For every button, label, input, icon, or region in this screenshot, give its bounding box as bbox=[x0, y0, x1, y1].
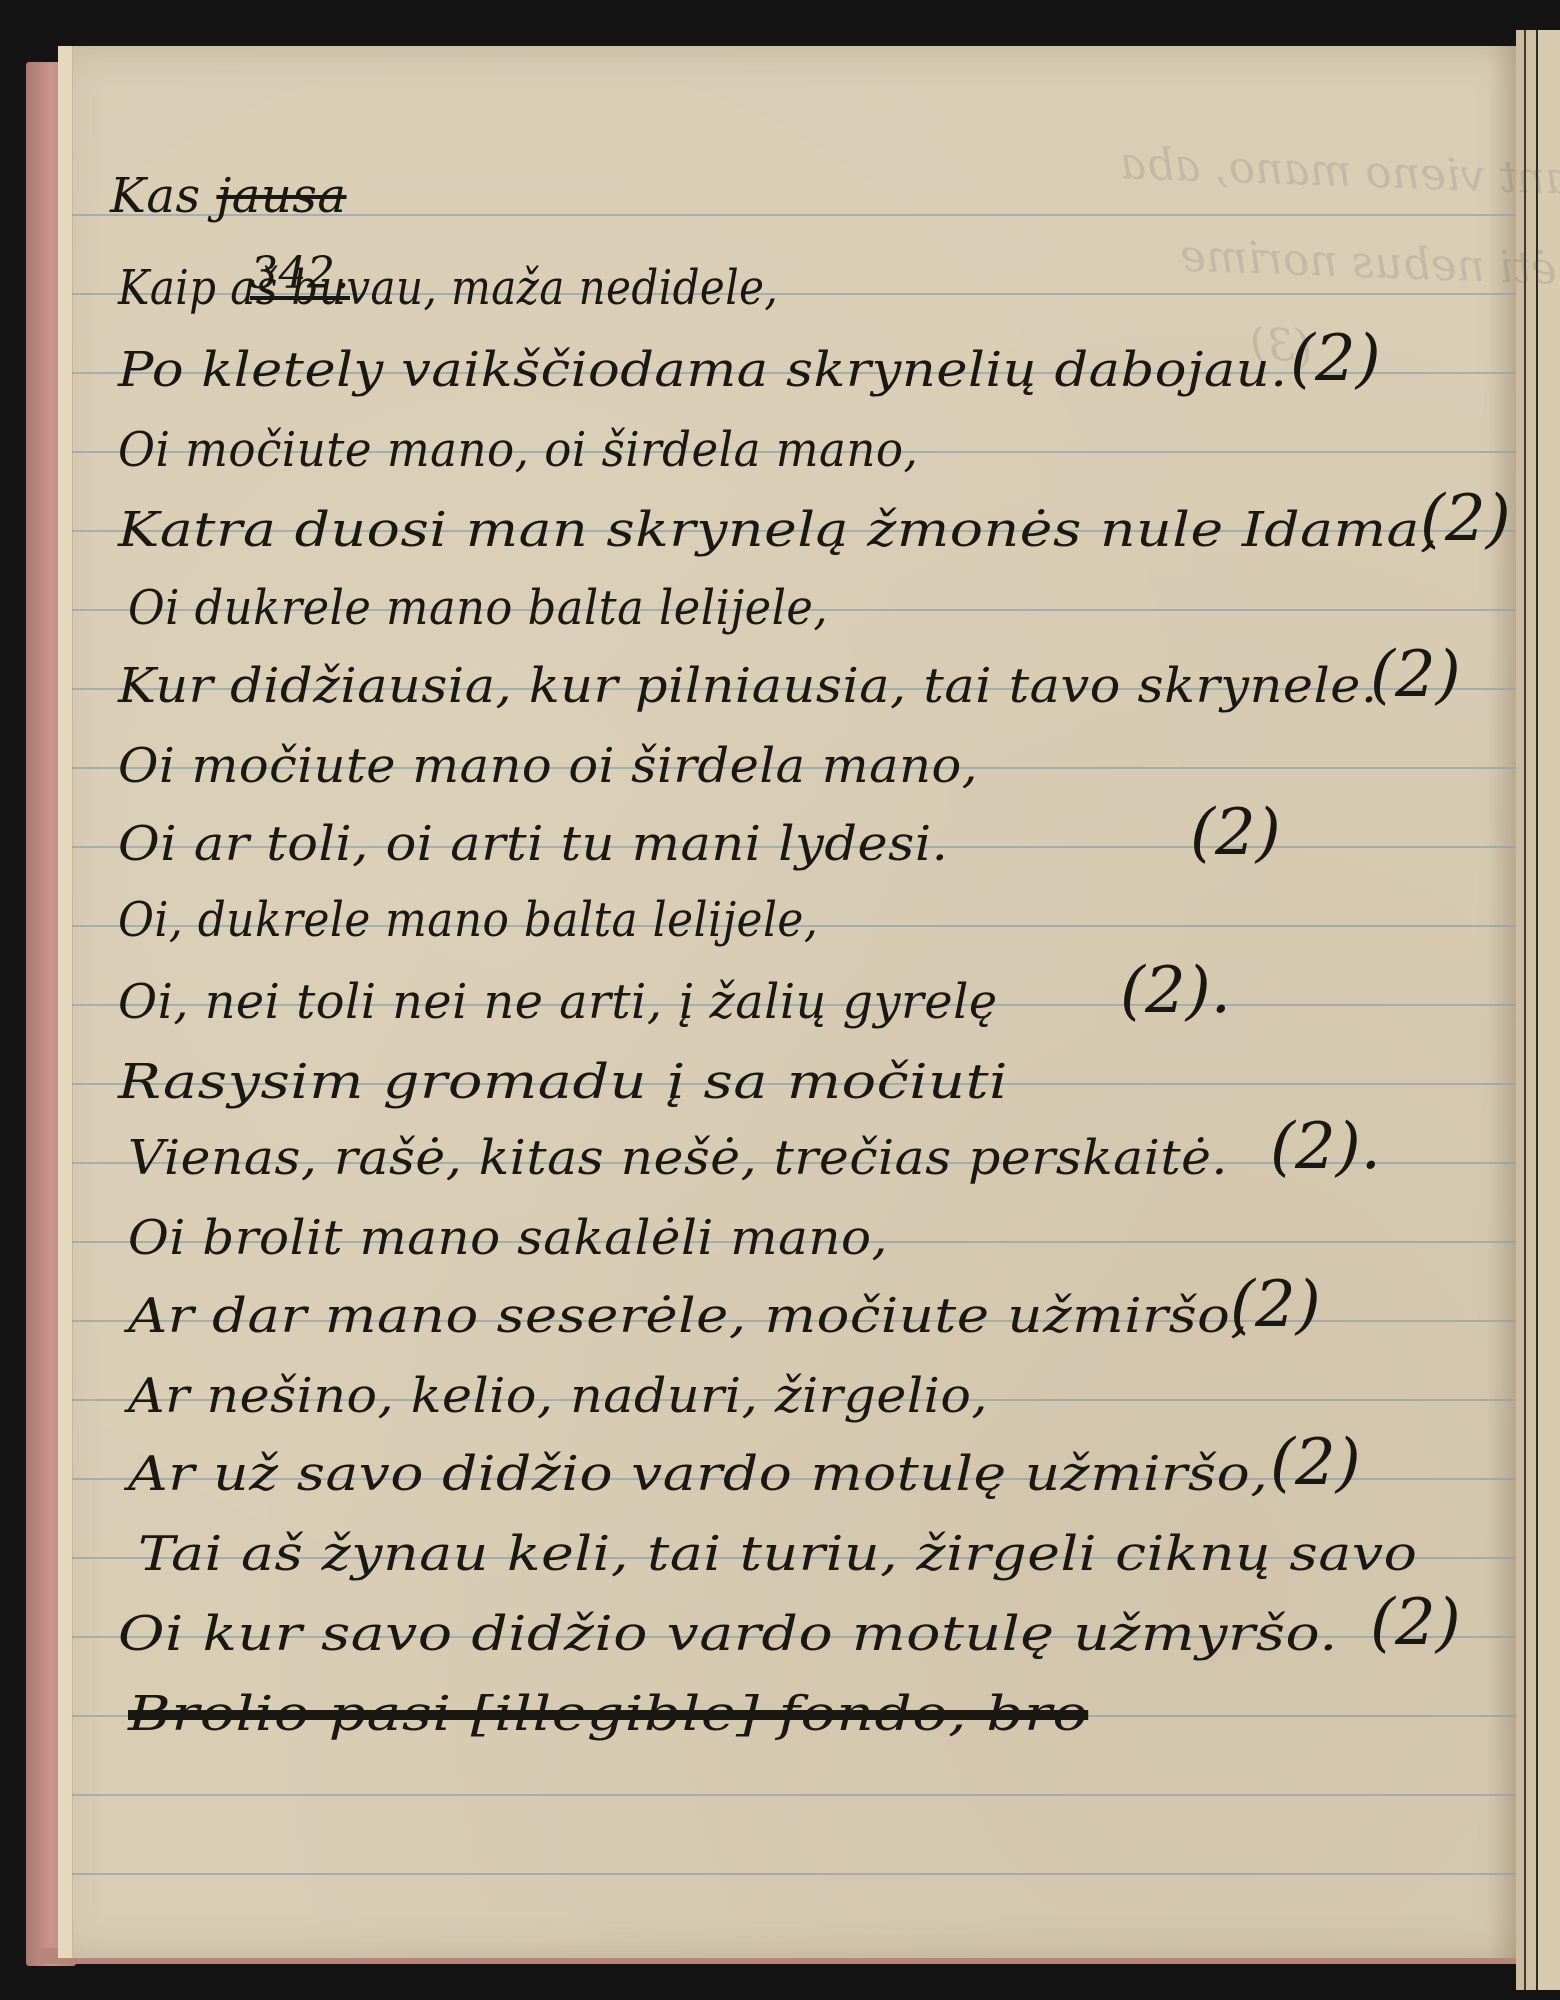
lyric-line: Po kletely vaikščiodama skrynelių daboja… bbox=[118, 342, 1288, 398]
lyric-line: Oi, dukrele mano balta lelijele, bbox=[118, 892, 818, 948]
lyric-line: Ar dar mano seserėle, močiute užmiršo, bbox=[128, 1288, 1248, 1344]
lyric-line: Kaip aš buvau, maža nedidele, bbox=[118, 260, 778, 316]
lyric-line: Kur didžiausia, kur pilniausia, tai tavo… bbox=[118, 658, 1378, 714]
repeat-marker: (2) bbox=[1420, 482, 1511, 556]
heading-text: Kas bbox=[110, 168, 216, 224]
page-heading: Kas jausa bbox=[110, 168, 347, 224]
notebook-binding bbox=[1516, 30, 1560, 1990]
rule-line bbox=[72, 1873, 1516, 1875]
rule-line bbox=[72, 1794, 1516, 1796]
binding-shadow bbox=[1488, 46, 1516, 1958]
lyric-line: Oi dukrele mano balta lelijele, bbox=[128, 580, 828, 636]
repeat-marker: (2). bbox=[1270, 1110, 1381, 1184]
repeat-marker: (2) bbox=[1190, 796, 1281, 870]
lyric-line: Oi brolit mano sakalėli mano, bbox=[128, 1210, 888, 1266]
lyric-line: Tai aš žynau keli, tai turiu, žirgeli ci… bbox=[138, 1526, 1417, 1582]
repeat-marker: (2) bbox=[1370, 1586, 1461, 1660]
lyric-line: Katra duosi man skrynelą žmonės nule Ida… bbox=[118, 502, 1438, 558]
lyric-line: Oi močiute mano, oi širdela mano, bbox=[118, 422, 918, 478]
repeat-marker: (2) bbox=[1270, 1426, 1361, 1500]
lyric-line: Oi, nei toli nei ne arti, į žalių gyrelę bbox=[118, 974, 998, 1030]
repeat-marker: (2) bbox=[1370, 638, 1461, 712]
page-left-margin bbox=[58, 46, 73, 1958]
lyric-line: Ar už savo didžio vardo motulę užmiršo, bbox=[128, 1446, 1268, 1502]
lyric-line: Oi močiute mano oi širdela mano, bbox=[118, 738, 978, 794]
lyric-line: Oi kur savo didžio vardo motulę užmyršo. bbox=[118, 1606, 1338, 1662]
lyric-line: Ar nešino, kelio, naduri, žirgelio, bbox=[128, 1368, 988, 1424]
lyric-line: Rasysim gromadu į sa močiuti bbox=[118, 1054, 1008, 1110]
heading-struck-text: jausa bbox=[216, 168, 346, 224]
lyric-line: Oi ar toli, oi arti tu mani lydesi. bbox=[118, 816, 948, 872]
lyric-line: Vienas, rašė, kitas nešė, trečias perska… bbox=[128, 1130, 1228, 1186]
repeat-marker: (2). bbox=[1120, 954, 1231, 1028]
crossed-out-line: Brolio pasi [illegible] fondo, bro bbox=[128, 1686, 1088, 1742]
repeat-marker: (2) bbox=[1230, 1268, 1321, 1342]
repeat-marker: (2) bbox=[1290, 322, 1381, 396]
